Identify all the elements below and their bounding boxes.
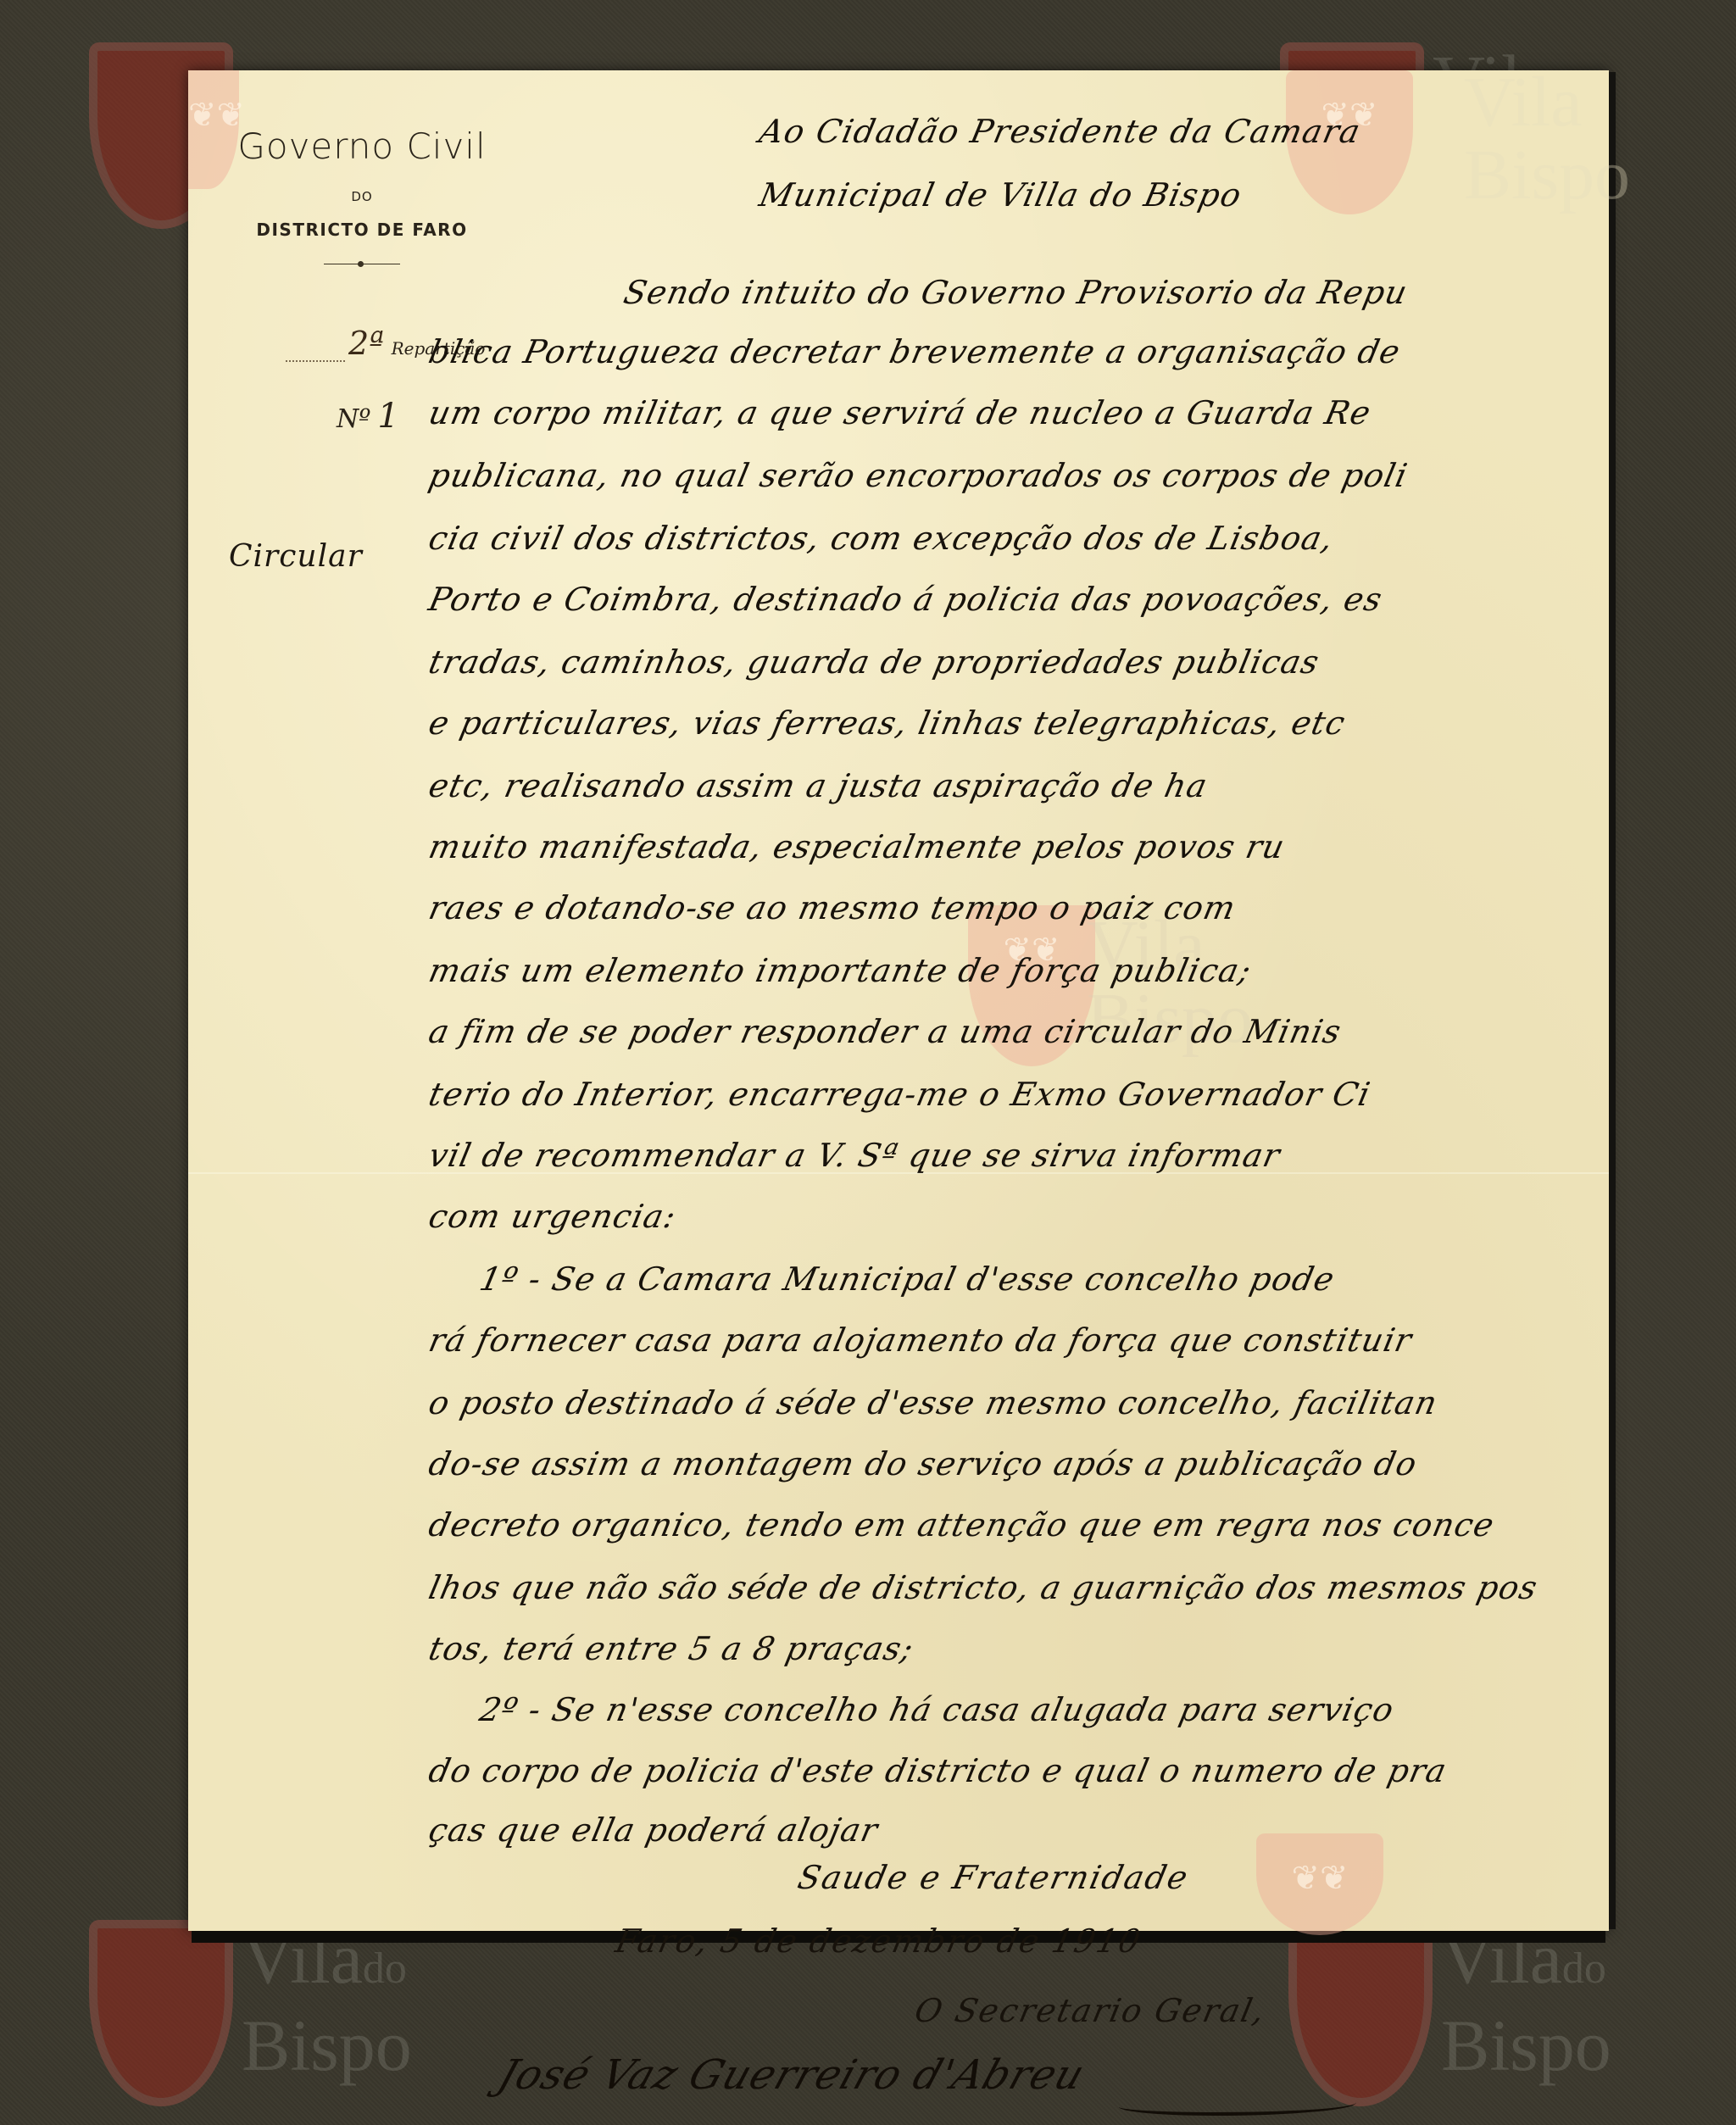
addressee-line-1: Ao Cidadão Presidente da Camara — [756, 113, 1365, 150]
item-1-line: rá fornecer casa para alojamento da forç… — [426, 1321, 1416, 1359]
repartition-number: 2ª — [348, 325, 384, 362]
body-line: Porto e Coimbra, destinado á policia das… — [426, 581, 1386, 618]
shield-icon — [1288, 1920, 1433, 2106]
letterhead: Governo Civil DO DISTRICTO DE FARO — [222, 125, 502, 264]
item-2-line: do corpo de policia d'este districto e q… — [426, 1752, 1450, 1789]
body-line: terio do Interior, encarrega-me o Exmo G… — [426, 1076, 1374, 1113]
addressee-line-2: Municipal de Villa do Bispo — [756, 176, 1245, 214]
watermark-crest-bottom-right: Vilado Bispo — [1280, 1911, 1441, 2115]
body-line: um corpo militar, a que servirá de nucle… — [426, 394, 1375, 431]
item-1-line: o posto destinado á séde d'esse mesmo co… — [426, 1384, 1441, 1421]
item-1-line: tos, terá entre 5 a 8 praças; — [426, 1630, 917, 1667]
body-line: mais um elemento importante de força pub… — [426, 952, 1255, 989]
closing-place-date: Faro, 5 de dezembro de 1910 — [612, 1922, 1145, 1960]
numero-label: Nº — [337, 404, 370, 434]
body-line: muito manifestada, especialmente pelos p… — [426, 828, 1288, 865]
body-line: e particulares, vias ferreas, linhas tel… — [426, 704, 1349, 742]
margin-note-circular: Circular — [229, 539, 363, 574]
crest-watermark-icon — [1256, 1833, 1383, 1935]
numero-value: 1 — [377, 397, 398, 436]
numero-field: Nº1 — [337, 397, 399, 436]
watermark-crest-bottom-left: Vilado Bispo — [81, 1911, 242, 2115]
signature: José Vaz Guerreiro d'Abreu — [492, 2051, 1091, 2099]
body-line: tradas, caminhos, guarda de propriedades… — [426, 643, 1323, 681]
body-line: Sendo intuito do Governo Provisorio da R… — [620, 274, 1411, 311]
body-line: etc, realisando assim a justa aspiração … — [426, 767, 1211, 804]
body-line: a fim de se poder responder a uma circul… — [426, 1013, 1345, 1050]
item-1-line: do-se assim a montagem do serviço após a… — [426, 1445, 1421, 1482]
shield-icon — [89, 1920, 233, 2106]
body-line: publicana, no qual serão encorporados os… — [426, 457, 1411, 494]
item-1-line: 1º - Se a Camara Municipal d'esse concel… — [476, 1260, 1338, 1298]
body-line: raes e dotando-se ao mesmo tempo o paiz … — [426, 889, 1239, 926]
closing-salutation: Saude e Fraternidade — [794, 1859, 1193, 1896]
item-1-line: lhos que não são séde de districto, a gu… — [426, 1569, 1541, 1606]
letterhead-connector: DO — [222, 189, 502, 204]
dotted-line — [286, 360, 345, 362]
body-line: vil de recommendar a V. Sª que se sirva … — [426, 1137, 1284, 1174]
item-2-line: 2º - Se n'esse concelho há casa alugada … — [476, 1691, 1398, 1728]
letterhead-title: Governo Civil — [222, 125, 502, 167]
body-line: com urgencia: — [426, 1198, 680, 1235]
letterhead-district: DISTRICTO DE FARO — [222, 220, 502, 240]
item-2-line: ças que ella poderá alojar — [426, 1811, 882, 1849]
ornament-divider-icon — [324, 264, 400, 264]
watermark-text: Vilado Bispo — [1441, 1920, 1611, 2083]
body-line: cia civil dos districtos, com excepção d… — [426, 520, 1338, 557]
letter-document: VilaBispo VilaBispo Governo Civil DO DIS… — [188, 70, 1609, 1931]
closing-signatory-title: O Secretario Geral, — [911, 1992, 1269, 2029]
item-1-line: decreto organico, tendo em attenção que … — [426, 1506, 1498, 1544]
body-line: blica Portugueza decretar brevemente a o… — [426, 333, 1404, 370]
watermark-text: Vilado Bispo — [242, 1920, 412, 2083]
watermark-text: VilaBispo — [1464, 66, 1630, 212]
